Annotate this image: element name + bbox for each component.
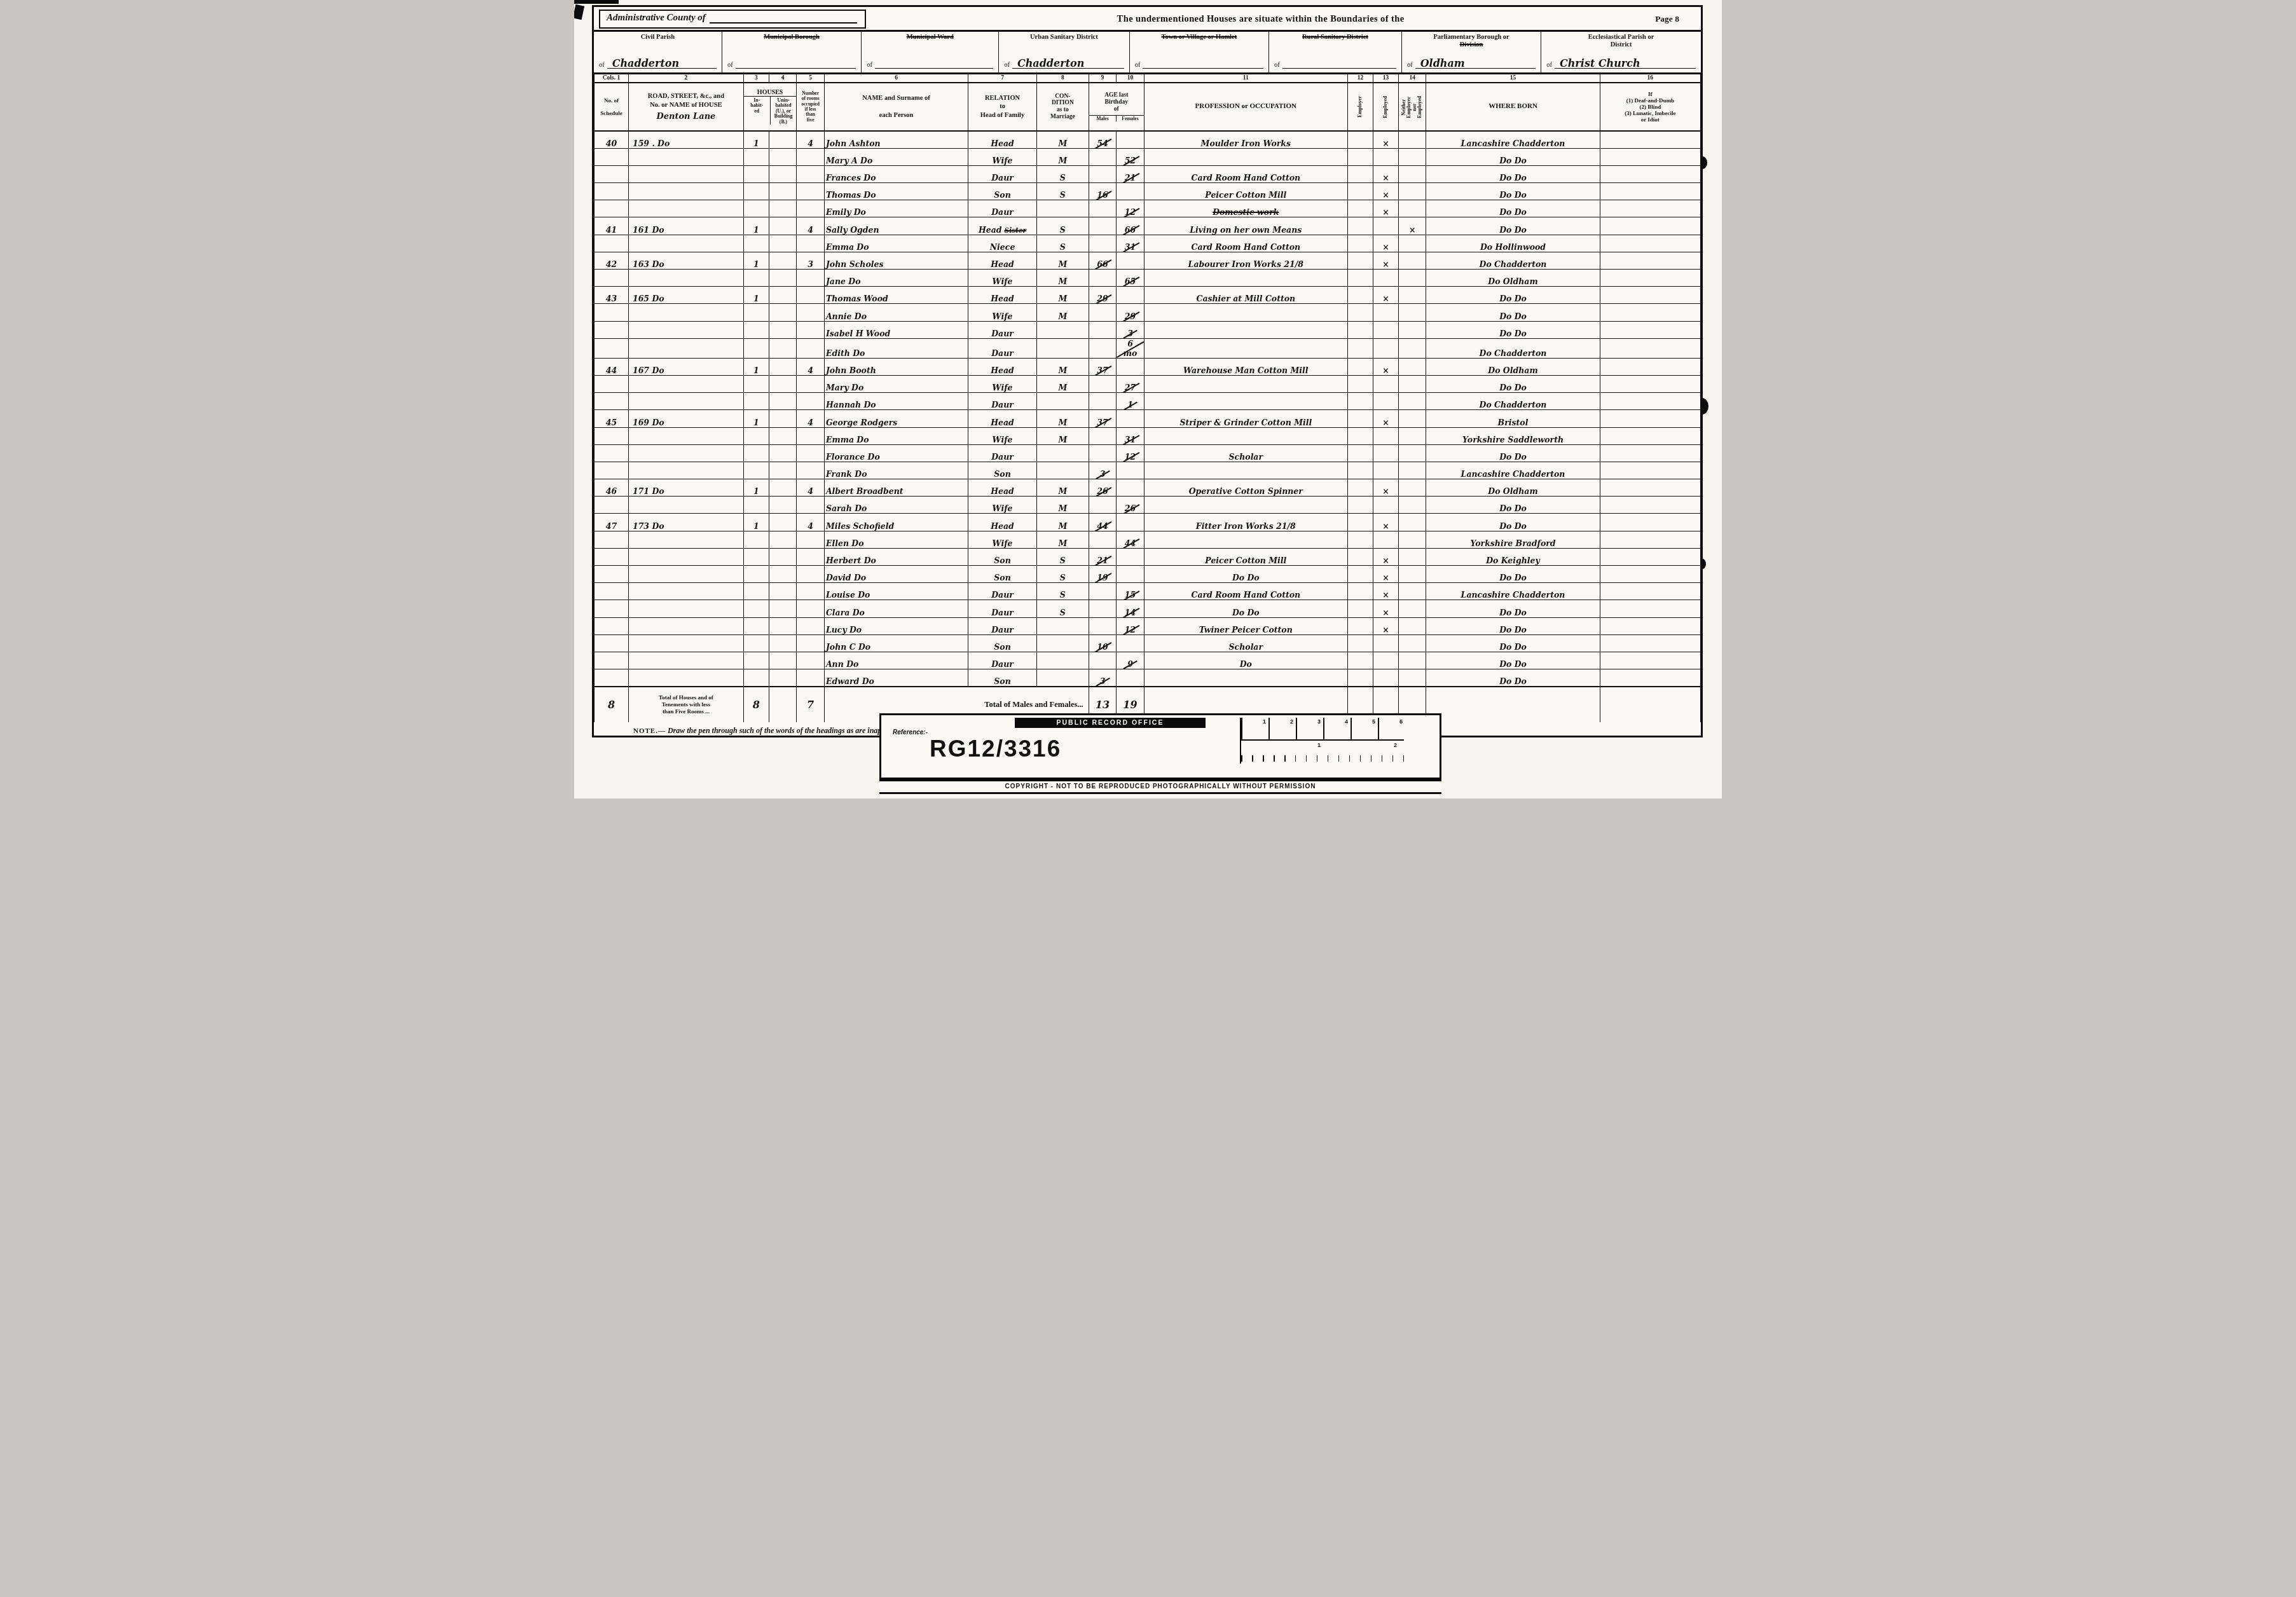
infirmity	[1600, 514, 1700, 531]
census-table: Cols. 1 2 3 4 5 6 7 8 9 10 11 12 13 14 1…	[594, 74, 1701, 722]
scan-artifact	[574, 0, 619, 4]
where-born: Lancashire Chadderton	[1426, 462, 1600, 479]
ruler-number: 2	[1394, 742, 1397, 748]
totals-inhabited: 8	[743, 687, 769, 722]
occupation: Moulder Iron Works	[1144, 131, 1347, 148]
age-female: 12	[1117, 617, 1145, 634]
marital-condition	[1036, 634, 1089, 652]
houses-uninhabited	[769, 566, 797, 583]
employer-mark	[1347, 217, 1373, 235]
houses-uninhabited	[769, 304, 797, 321]
marital-condition: S	[1036, 217, 1089, 235]
houses-inhabited	[743, 183, 769, 200]
totals-uninhabited	[769, 687, 797, 722]
age-female	[1117, 183, 1145, 200]
marital-condition	[1036, 617, 1089, 634]
district-entry: of Christ Church	[1546, 56, 1696, 69]
address	[628, 338, 743, 358]
column-headers-row: No. of Schedule ROAD, STREET, &c., and N…	[595, 83, 1701, 131]
employed-mark	[1373, 393, 1398, 410]
district-box: Civil Parish of Chadderton	[594, 32, 722, 72]
occupation: Peicer Cotton Mill	[1144, 183, 1347, 200]
age-female: 9	[1117, 652, 1145, 669]
header-neither: Neither Employer nor Employed	[1401, 96, 1423, 118]
where-born: Do Do	[1426, 669, 1600, 687]
where-born: Do Hollinwood	[1426, 235, 1600, 252]
age-female: 52	[1117, 148, 1145, 165]
header-employed: Employed	[1383, 96, 1388, 118]
schedule-number	[595, 375, 629, 392]
address	[628, 652, 743, 669]
infirmity	[1600, 652, 1700, 669]
age-male: 19	[1089, 566, 1117, 583]
census-rows: 40 159 . Do 1 4 John Ashton Head M 54 Mo…	[595, 131, 1701, 722]
schedule-number	[595, 600, 629, 617]
header-relation: RELATION to Head of Family	[970, 94, 1035, 119]
occupation: Labourer Iron Works 21/8	[1144, 252, 1347, 269]
occupation: Twiner Peicer Cotton	[1144, 617, 1347, 634]
rooms-occupied	[797, 652, 825, 669]
person-name: Emily Do	[824, 200, 968, 217]
infirmity	[1600, 270, 1700, 287]
where-born: Do Do	[1426, 444, 1600, 462]
age-female	[1117, 462, 1145, 479]
marital-condition: S	[1036, 566, 1089, 583]
ruler-number: 5	[1372, 718, 1375, 725]
age-male	[1089, 338, 1117, 358]
header-schedule: No. of Schedule	[596, 97, 627, 116]
district-label: Urban Sanitary District	[1004, 34, 1124, 41]
employer-mark	[1347, 375, 1373, 392]
employed-mark: ×	[1373, 131, 1398, 148]
census-record-row: John C Do Son 10 Scholar Do Do	[595, 634, 1701, 652]
person-name: Louise Do	[824, 583, 968, 600]
person-name: John C Do	[824, 634, 968, 652]
age-female	[1117, 131, 1145, 148]
rooms-occupied	[797, 497, 825, 514]
employer-mark	[1347, 600, 1373, 617]
age-male	[1089, 235, 1117, 252]
houses-inhabited: 1	[743, 410, 769, 427]
where-born: Do Do	[1426, 183, 1600, 200]
administrative-county-blank-line	[710, 15, 857, 24]
houses-inhabited	[743, 321, 769, 338]
rooms-occupied	[797, 270, 825, 287]
relation-to-head: Daur	[968, 165, 1037, 182]
census-record-row: Edith Do Daur 6 mo Do Chadderton	[595, 338, 1701, 358]
employed-mark	[1373, 652, 1398, 669]
district-box: Municipal Ward of	[862, 32, 999, 72]
schedule-number: 41	[595, 217, 629, 235]
col-number: 16	[1600, 74, 1700, 83]
employer-mark	[1347, 252, 1373, 269]
schedule-number	[595, 183, 629, 200]
census-record-row: Florance Do Daur 12 Scholar Do Do	[595, 444, 1701, 462]
address	[628, 600, 743, 617]
houses-inhabited	[743, 652, 769, 669]
employed-mark: ×	[1373, 617, 1398, 634]
age-male	[1089, 531, 1117, 548]
district-label: Parliamentary Borough orDivision	[1407, 34, 1536, 49]
census-record-row: Sarah Do Wife M 26 Do Do	[595, 497, 1701, 514]
where-born: Do Do	[1426, 600, 1600, 617]
employer-mark	[1347, 583, 1373, 600]
address: 165 Do	[628, 287, 743, 304]
col-number: 14	[1398, 74, 1426, 83]
employed-mark	[1373, 444, 1398, 462]
where-born: Do Keighley	[1426, 548, 1600, 565]
person-name: Thomas Do	[824, 183, 968, 200]
employer-mark	[1347, 270, 1373, 287]
rooms-occupied	[797, 287, 825, 304]
occupation: Card Room Hand Cotton	[1144, 235, 1347, 252]
totals-infirmity	[1600, 687, 1700, 722]
census-record-row: Hannah Do Daur 1 Do Chadderton	[595, 393, 1701, 410]
address	[628, 548, 743, 565]
address	[628, 669, 743, 687]
employer-mark	[1347, 183, 1373, 200]
relation-to-head: Head	[968, 131, 1037, 148]
marital-condition: M	[1036, 479, 1089, 497]
employed-mark: ×	[1373, 583, 1398, 600]
houses-inhabited	[743, 338, 769, 358]
page-number: Page 8	[1655, 14, 1696, 24]
relation-to-head: Daur	[968, 321, 1037, 338]
infirmity	[1600, 444, 1700, 462]
schedule-number	[595, 497, 629, 514]
relation-to-head: Wife	[968, 531, 1037, 548]
infirmity	[1600, 634, 1700, 652]
occupation: Fitter Iron Works 21/8	[1144, 514, 1347, 531]
census-record-row: Jane Do Wife M 65 Do Oldham	[595, 270, 1701, 287]
schedule-number	[595, 652, 629, 669]
where-born: Yorkshire Bradford	[1426, 531, 1600, 548]
neither-mark	[1398, 669, 1426, 687]
relation-to-head: Head	[968, 514, 1037, 531]
occupation: Do Do	[1144, 566, 1347, 583]
employer-mark	[1347, 358, 1373, 375]
ruler-cm: 1 2	[1241, 741, 1404, 762]
ruler-number: 2	[1290, 718, 1293, 725]
district-entry: of Chadderton	[1004, 56, 1124, 69]
occupation: Living on her own Means	[1144, 217, 1347, 235]
where-born: Do Do	[1426, 165, 1600, 182]
census-record-row: 47 173 Do 1 4 Miles Schofield Head M 44 …	[595, 514, 1701, 531]
relation-to-head: Wife	[968, 427, 1037, 444]
marital-condition: M	[1036, 514, 1089, 531]
houses-inhabited: 1	[743, 131, 769, 148]
marital-condition	[1036, 338, 1089, 358]
marital-condition: S	[1036, 583, 1089, 600]
houses-uninhabited	[769, 338, 797, 358]
marital-condition: M	[1036, 270, 1089, 287]
district-entry-line: Chadderton	[1012, 56, 1124, 69]
neither-mark	[1398, 617, 1426, 634]
census-scan-page: Administrative County of The undermentio…	[574, 0, 1722, 798]
occupation: Cashier at Mill Cotton	[1144, 287, 1347, 304]
employer-mark	[1347, 338, 1373, 358]
census-record-row: 40 159 . Do 1 4 John Ashton Head M 54 Mo…	[595, 131, 1701, 148]
district-box: Urban Sanitary District of Chadderton	[999, 32, 1129, 72]
employed-mark	[1373, 531, 1398, 548]
person-name: Hannah Do	[824, 393, 968, 410]
header-name-surname: NAME and Surname of each Person	[826, 94, 966, 119]
person-name: Florance Do	[824, 444, 968, 462]
where-born: Do Oldham	[1426, 270, 1600, 287]
rooms-occupied: 4	[797, 217, 825, 235]
person-name: Sally Ogden	[824, 217, 968, 235]
person-name: David Do	[824, 566, 968, 583]
houses-inhabited	[743, 148, 769, 165]
rooms-occupied: 3	[797, 252, 825, 269]
houses-inhabited	[743, 600, 769, 617]
address	[628, 165, 743, 182]
infirmity	[1600, 252, 1700, 269]
where-born: Do Do	[1426, 375, 1600, 392]
infirmity	[1600, 427, 1700, 444]
age-male: 3	[1089, 462, 1117, 479]
age-female: 26	[1117, 497, 1145, 514]
houses-inhabited: 1	[743, 252, 769, 269]
employer-mark	[1347, 531, 1373, 548]
employer-mark	[1347, 410, 1373, 427]
stamp-box: PUBLIC RECORD OFFICE Reference:- RG12/33…	[879, 713, 1441, 779]
person-name: Emma Do	[824, 235, 968, 252]
district-box: Town or Village or Hamlet of	[1130, 32, 1269, 72]
where-born: Do Chadderton	[1426, 252, 1600, 269]
employed-mark: ×	[1373, 165, 1398, 182]
rooms-occupied	[797, 375, 825, 392]
schedule-number	[595, 321, 629, 338]
district-entry: of	[727, 56, 856, 69]
district-label: Town or Village or Hamlet	[1135, 34, 1263, 41]
employer-mark	[1347, 497, 1373, 514]
houses-uninhabited	[769, 669, 797, 687]
occupation	[1144, 375, 1347, 392]
age-female	[1117, 548, 1145, 565]
schedule-number	[595, 566, 629, 583]
houses-inhabited	[743, 462, 769, 479]
occupation: Do Do	[1144, 600, 1347, 617]
rooms-occupied	[797, 338, 825, 358]
neither-mark	[1398, 444, 1426, 462]
schedule-number	[595, 548, 629, 565]
occupation: Warehouse Man Cotton Mill	[1144, 358, 1347, 375]
person-name: Miles Schofield	[824, 514, 968, 531]
age-male: 37	[1089, 410, 1117, 427]
address: 159 . Do	[628, 131, 743, 148]
ruler-number: 1	[1263, 718, 1266, 725]
address	[628, 566, 743, 583]
age-male	[1089, 270, 1117, 287]
age-female: 1	[1117, 393, 1145, 410]
age-female	[1117, 358, 1145, 375]
houses-uninhabited	[769, 148, 797, 165]
infirmity	[1600, 600, 1700, 617]
census-record-row: 43 165 Do 1 Thomas Wood Head M 29 Cashie…	[595, 287, 1701, 304]
person-name: Edward Do	[824, 669, 968, 687]
person-name: Frank Do	[824, 462, 968, 479]
age-female: 21	[1117, 165, 1145, 182]
houses-inhabited	[743, 270, 769, 287]
neither-mark	[1398, 583, 1426, 600]
person-name: Isabel H Wood	[824, 321, 968, 338]
marital-condition	[1036, 321, 1089, 338]
of-label: of	[1274, 62, 1280, 69]
address: 167 Do	[628, 358, 743, 375]
person-name: John Scholes	[824, 252, 968, 269]
header-age-females: Females	[1117, 116, 1144, 121]
marital-condition: M	[1036, 131, 1089, 148]
houses-inhabited	[743, 583, 769, 600]
infirmity	[1600, 287, 1700, 304]
address	[628, 634, 743, 652]
district-box: Parliamentary Borough orDivision of Oldh…	[1402, 32, 1541, 72]
relation-to-head: Head	[968, 410, 1037, 427]
occupation	[1144, 304, 1347, 321]
address: 169 Do	[628, 410, 743, 427]
employer-mark	[1347, 200, 1373, 217]
neither-mark	[1398, 514, 1426, 531]
census-record-row: 45 169 Do 1 4 George Rodgers Head M 37 S…	[595, 410, 1701, 427]
census-record-row: 44 167 Do 1 4 John Booth Head M 37 Wareh…	[595, 358, 1701, 375]
district-entry-line	[736, 56, 856, 69]
rooms-occupied	[797, 583, 825, 600]
census-record-row: Emma Do Wife M 31 Yorkshire Saddleworth	[595, 427, 1701, 444]
age-male	[1089, 600, 1117, 617]
col-number: Cols. 1	[595, 74, 629, 83]
occupation: Peicer Cotton Mill	[1144, 548, 1347, 565]
schedule-number: 46	[595, 479, 629, 497]
address: 171 Do	[628, 479, 743, 497]
neither-mark	[1398, 321, 1426, 338]
rooms-occupied	[797, 321, 825, 338]
schedule-number	[595, 148, 629, 165]
houses-inhabited	[743, 427, 769, 444]
district-entry-line	[875, 56, 993, 69]
where-born: Do Chadderton	[1426, 338, 1600, 358]
age-male	[1089, 427, 1117, 444]
employer-mark	[1347, 548, 1373, 565]
neither-mark	[1398, 410, 1426, 427]
occupation	[1144, 338, 1347, 358]
district-value: Chadderton	[612, 57, 679, 69]
address	[628, 583, 743, 600]
where-born: Do Do	[1426, 287, 1600, 304]
marital-condition: S	[1036, 235, 1089, 252]
district-label: Ecclesiastical Parish orDistrict	[1546, 34, 1696, 49]
age-male	[1089, 148, 1117, 165]
houses-uninhabited	[769, 514, 797, 531]
neither-mark	[1398, 427, 1426, 444]
district-entry-line	[1143, 56, 1263, 69]
neither-mark	[1398, 270, 1426, 287]
marital-condition: S	[1036, 600, 1089, 617]
relation-to-head: Son	[968, 183, 1037, 200]
col-number: 6	[824, 74, 968, 83]
page-title: The undermentioned Houses are situate wi…	[866, 14, 1655, 25]
col-number: 7	[968, 74, 1037, 83]
occupation	[1144, 270, 1347, 287]
houses-inhabited: 1	[743, 514, 769, 531]
employer-mark	[1347, 235, 1373, 252]
houses-uninhabited	[769, 497, 797, 514]
where-born: Do Do	[1426, 304, 1600, 321]
header-age-males: Males	[1089, 116, 1117, 121]
age-female	[1117, 566, 1145, 583]
age-male	[1089, 393, 1117, 410]
header-employer: Employer	[1358, 96, 1363, 118]
address	[628, 497, 743, 514]
age-female	[1117, 479, 1145, 497]
age-female: 6 mo	[1117, 338, 1145, 358]
header-inhabited: In- habit- ed	[744, 97, 771, 125]
rooms-occupied	[797, 183, 825, 200]
person-name: Sarah Do	[824, 497, 968, 514]
neither-mark	[1398, 393, 1426, 410]
employer-mark	[1347, 131, 1373, 148]
houses-inhabited: 1	[743, 287, 769, 304]
census-record-row: Frank Do Son 3 Lancashire Chadderton	[595, 462, 1701, 479]
employed-mark: ×	[1373, 514, 1398, 531]
rooms-occupied	[797, 462, 825, 479]
address	[628, 531, 743, 548]
occupation: Do	[1144, 652, 1347, 669]
infirmity	[1600, 393, 1700, 410]
address	[628, 393, 743, 410]
occupation	[1144, 321, 1347, 338]
rooms-occupied	[797, 200, 825, 217]
occupation	[1144, 669, 1347, 687]
age-female: 65	[1117, 270, 1145, 287]
census-record-row: David Do Son S 19 Do Do × Do Do	[595, 566, 1701, 583]
neither-mark	[1398, 235, 1426, 252]
address	[628, 375, 743, 392]
district-box: Rural Sanitary District of	[1269, 32, 1402, 72]
rooms-occupied	[797, 393, 825, 410]
marital-condition: M	[1036, 304, 1089, 321]
relation-to-head: Wife	[968, 270, 1037, 287]
employer-mark	[1347, 617, 1373, 634]
census-form: Administrative County of The undermentio…	[592, 5, 1703, 737]
marital-condition: M	[1036, 252, 1089, 269]
infirmity	[1600, 338, 1700, 358]
neither-mark	[1398, 634, 1426, 652]
schedule-number: 45	[595, 410, 629, 427]
totals-schedule-count: 8	[595, 687, 629, 722]
age-female: 12	[1117, 200, 1145, 217]
employed-mark: ×	[1373, 235, 1398, 252]
age-male	[1089, 375, 1117, 392]
employed-mark: ×	[1373, 287, 1398, 304]
district-entry-line	[1282, 56, 1396, 69]
census-record-row: Emily Do Daur 12 Domestic work × Do Do	[595, 200, 1701, 217]
employed-mark	[1373, 270, 1398, 287]
marital-condition: M	[1036, 375, 1089, 392]
relation-to-head: Head	[968, 287, 1037, 304]
census-record-row: Herbert Do Son S 21 Peicer Cotton Mill ×…	[595, 548, 1701, 565]
houses-inhabited	[743, 548, 769, 565]
relation-to-head: Son	[968, 548, 1037, 565]
column-numbers-row: Cols. 1 2 3 4 5 6 7 8 9 10 11 12 13 14 1…	[595, 74, 1701, 83]
person-name: Clara Do	[824, 600, 968, 617]
houses-uninhabited	[769, 270, 797, 287]
neither-mark	[1398, 165, 1426, 182]
marital-condition	[1036, 393, 1089, 410]
district-label: Civil Parish	[599, 34, 717, 41]
where-born: Yorkshire Saddleworth	[1426, 427, 1600, 444]
infirmity	[1600, 566, 1700, 583]
